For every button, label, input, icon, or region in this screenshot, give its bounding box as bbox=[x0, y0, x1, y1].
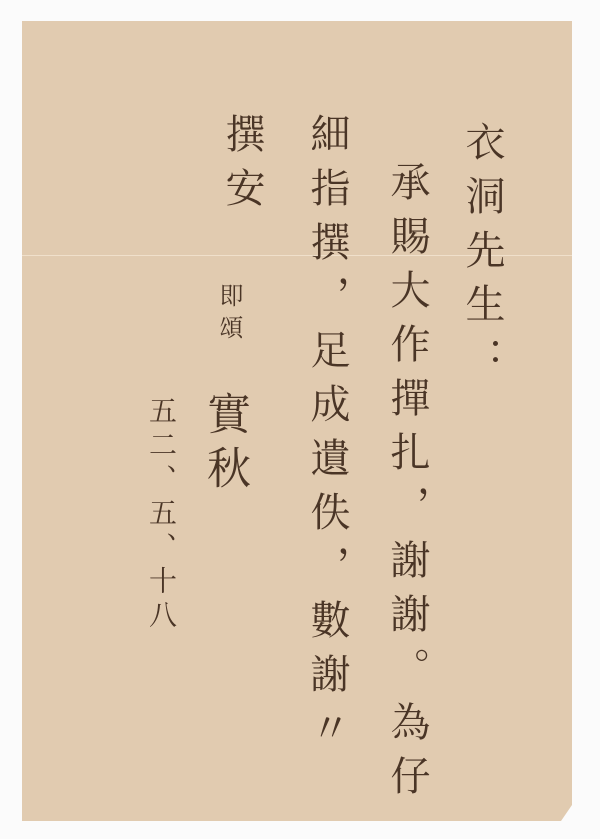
signature: 實秋 bbox=[202, 391, 246, 499]
body-line-2: 細指撰，足成遺佚，數謝〃 bbox=[307, 113, 347, 761]
date-line: 五二、五、十八 bbox=[147, 396, 175, 634]
body-line-1: 承賜大作撣扎，謝謝。為仔 bbox=[387, 161, 427, 809]
closing-line: 撰安 bbox=[222, 113, 262, 221]
closing-prefix: 即頌 bbox=[217, 283, 241, 347]
letter-paper: 衣洞先生： 承賜大作撣扎，謝謝。為仔 細指撰，足成遺佚，數謝〃 撰安 即頌 實秋… bbox=[22, 21, 572, 821]
salutation-line: 衣洞先生： bbox=[462, 121, 502, 391]
